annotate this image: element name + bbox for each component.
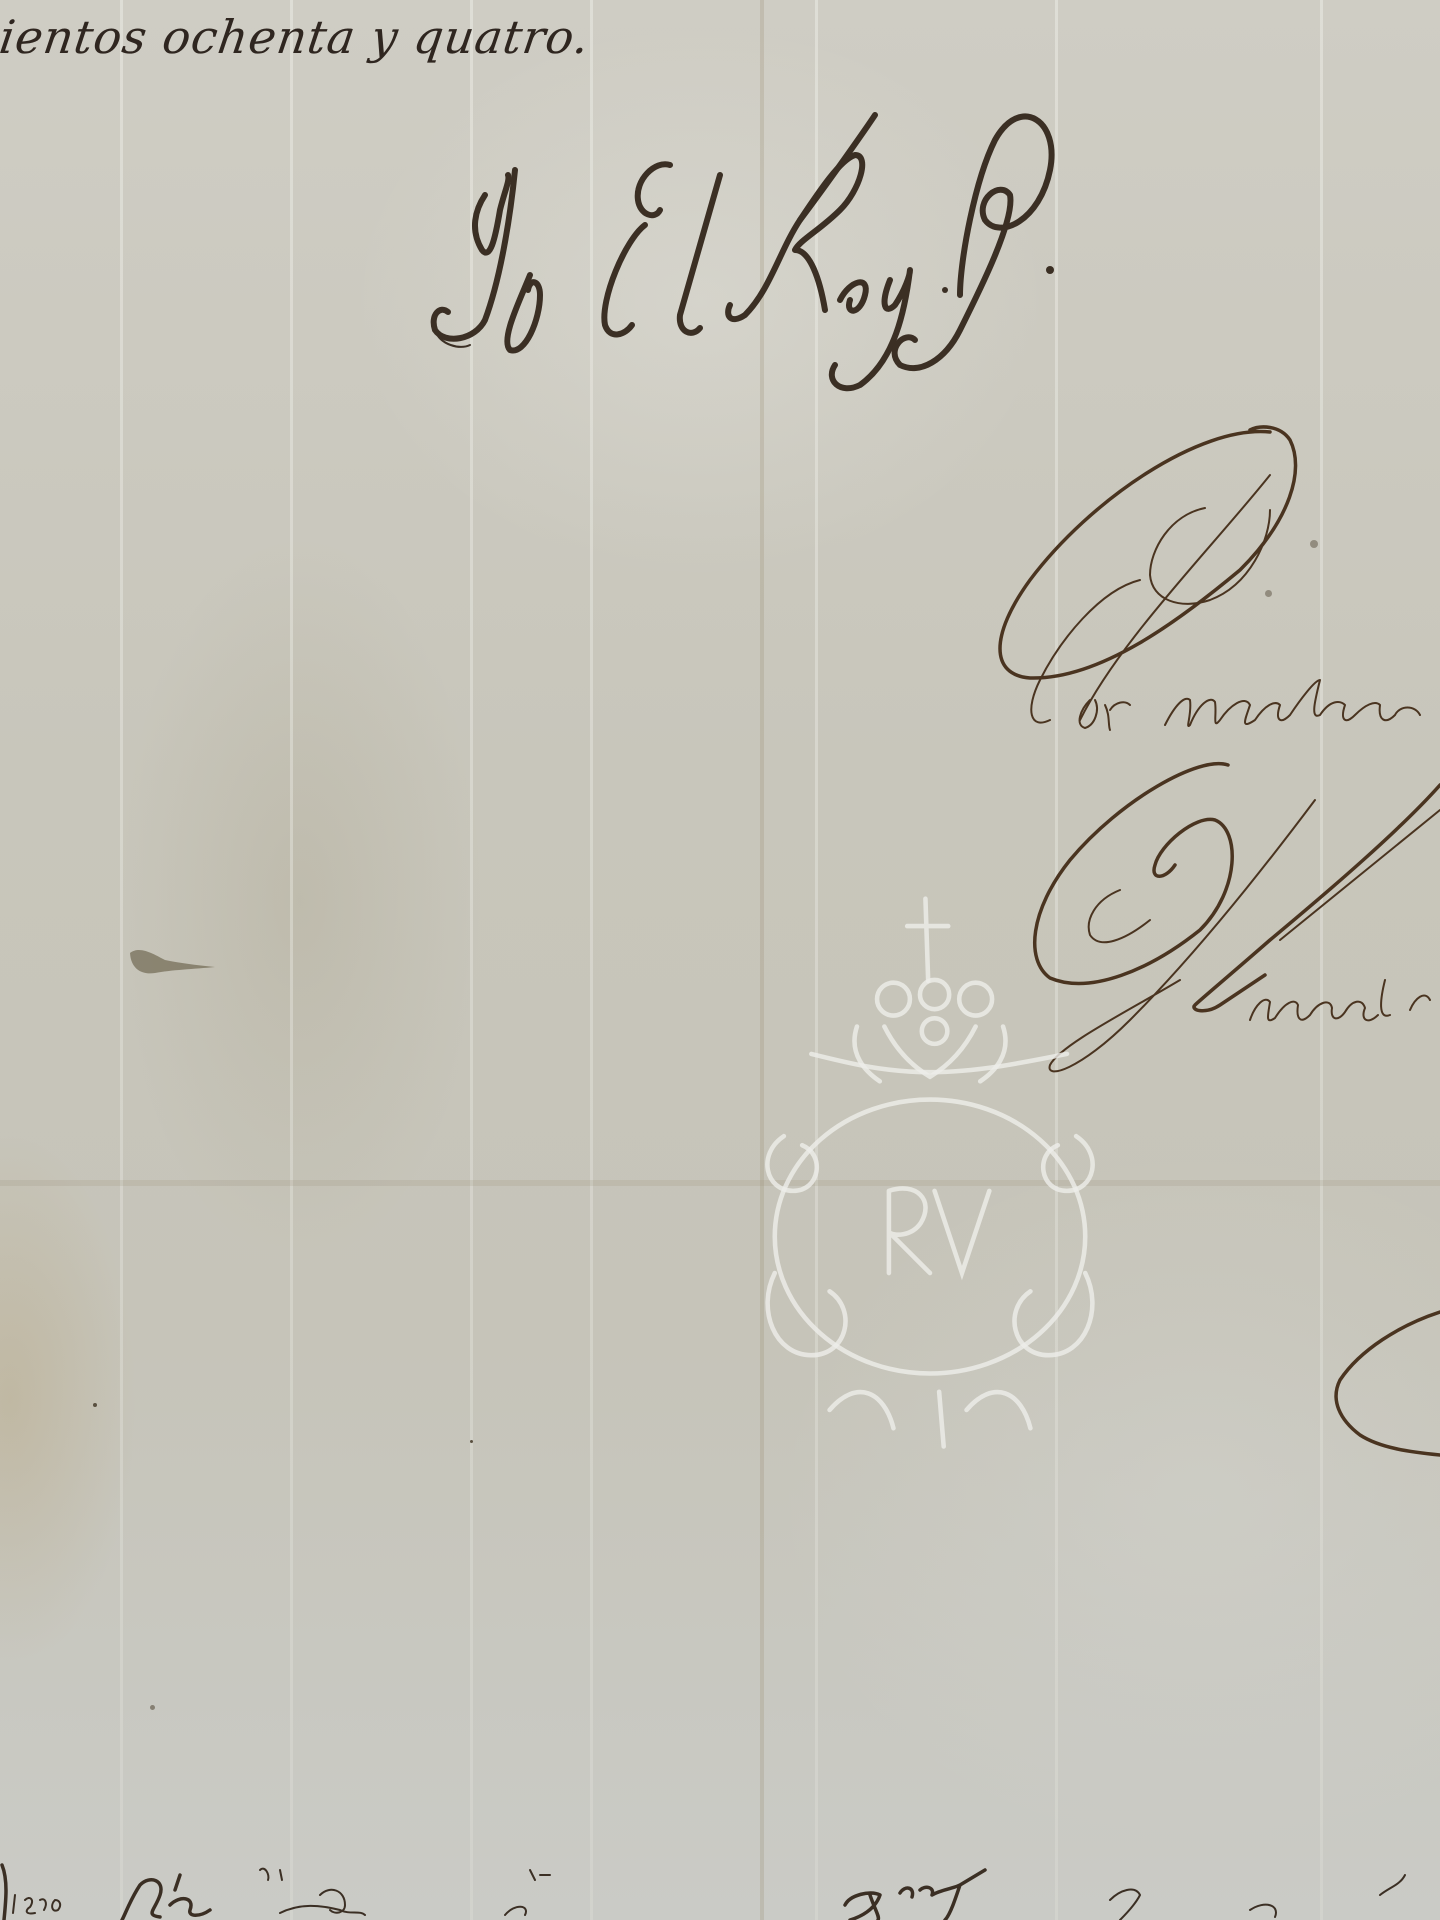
bottom-handwriting bbox=[0, 1855, 1440, 1920]
closing-date-line: ientos ochenta y quatro. bbox=[0, 10, 593, 64]
chain-line bbox=[290, 0, 293, 1920]
partial-flourish-right-edge bbox=[1300, 1280, 1440, 1480]
paper-speck bbox=[1265, 590, 1272, 597]
crowned-monogram-watermark bbox=[720, 850, 1140, 1550]
paper-speck bbox=[470, 1440, 473, 1443]
royal-signature bbox=[400, 100, 1100, 420]
attestation-por-mandado bbox=[980, 420, 1440, 780]
chain-line bbox=[120, 0, 123, 1920]
ink-blot bbox=[125, 945, 225, 985]
paper-speck bbox=[1310, 540, 1318, 548]
bottom-text-line: Diego Mor. de d. Ant. bbox=[0, 1855, 1440, 1920]
paper-speck bbox=[93, 1403, 97, 1407]
paper-speck bbox=[150, 1705, 155, 1710]
